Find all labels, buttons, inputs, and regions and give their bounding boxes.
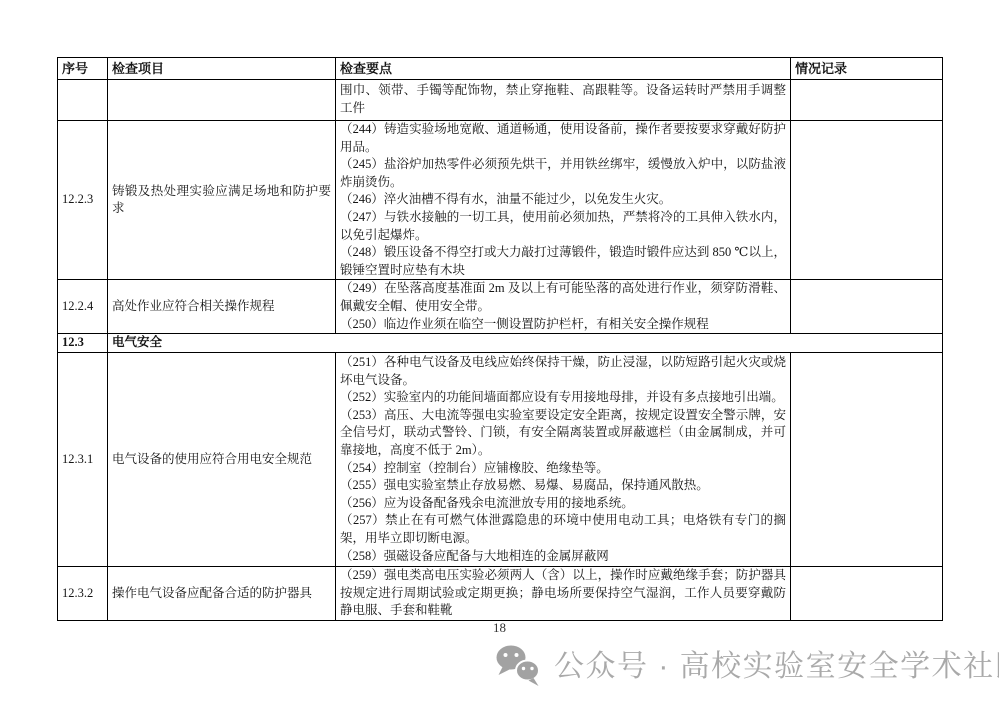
inspection-item-cell <box>108 80 336 121</box>
table-row: 12.2.3铸锻及热处理实验应满足场地和防护要求（244）铸造实验场地宽敞、通道… <box>58 121 943 280</box>
table-row: 围巾、领带、手镯等配饰物，禁止穿拖鞋、高跟鞋等。设备运转时严禁用手调整工件 <box>58 80 943 121</box>
inspection-item-cell: 高处作业应符合相关操作规程 <box>108 280 336 334</box>
inspection-item-cell: 操作电气设备应配备合适的防护器具 <box>108 567 336 621</box>
record-cell <box>791 80 943 121</box>
check-point: （248）锻压设备不得空打或大力敲打过薄锻件，锻造时锻件应达到 850 ℃以上，… <box>340 244 786 279</box>
check-point: （246）淬火油槽不得有水，油量不能过少，以免发生火灾。 <box>340 191 786 209</box>
check-point: （259）强电类高电压实验必须两人（含）以上，操作时应戴绝缘手套；防护器具按规定… <box>340 567 786 620</box>
row-number-cell: 12.2.4 <box>58 280 108 334</box>
check-point: （251）各种电气设备及电线应始终保持干燥，防止浸湿，以防短路引起火灾或烧坏电气… <box>340 354 786 389</box>
table-header: 序号 检查项目 检查要点 情况记录 <box>58 58 943 80</box>
record-cell <box>791 121 943 280</box>
section-title-cell: 电气安全 <box>108 334 943 353</box>
check-point: （252）实验室内的功能间墙面都应设有专用接地母排，并设有多点接地引出端。 <box>340 389 786 407</box>
inspection-table: 序号 检查项目 检查要点 情况记录 围巾、领带、手镯等配饰物，禁止穿拖鞋、高跟鞋… <box>57 57 943 621</box>
record-cell <box>791 353 943 567</box>
col-header-points: 检查要点 <box>336 58 791 80</box>
check-points-cell: 围巾、领带、手镯等配饰物，禁止穿拖鞋、高跟鞋等。设备运转时严禁用手调整工件 <box>336 80 791 121</box>
inspection-item-cell: 铸锻及热处理实验应满足场地和防护要求 <box>108 121 336 280</box>
record-cell <box>791 280 943 334</box>
check-points-cell: （251）各种电气设备及电线应始终保持干燥，防止浸湿，以防短路引起火灾或烧坏电气… <box>336 353 791 567</box>
section-row: 12.3电气安全 <box>58 334 943 353</box>
wechat-icon <box>494 644 544 690</box>
row-number-cell: 12.3.2 <box>58 567 108 621</box>
check-point: （244）铸造实验场地宽敞、通道畅通，使用设备前，操作者要按要求穿戴好防护用品。 <box>340 121 786 156</box>
check-point: （253）高压、大电流等强电实验室要设定安全距离，按规定设置安全警示牌，安全信号… <box>340 407 786 460</box>
watermark: 公众号 · 高校实验室安全学术社区 <box>494 644 999 690</box>
watermark-text: 公众号 · 高校实验室安全学术社区 <box>554 644 999 690</box>
table-row: 12.3.1电气设备的使用应符合用电安全规范（251）各种电气设备及电线应始终保… <box>58 353 943 567</box>
check-point: （249）在坠落高度基准面 2m 及以上有可能坠落的高处进行作业，须穿防滑鞋、佩… <box>340 280 786 315</box>
document-page: 序号 检查项目 检查要点 情况记录 围巾、领带、手镯等配饰物，禁止穿拖鞋、高跟鞋… <box>0 0 999 707</box>
check-point: （250）临边作业须在临空一侧设置防护栏杆，有相关安全操作规程 <box>340 316 786 334</box>
row-number-cell: 12.3.1 <box>58 353 108 567</box>
record-cell <box>791 567 943 621</box>
check-point: 围巾、领带、手镯等配饰物，禁止穿拖鞋、高跟鞋等。设备运转时严禁用手调整工件 <box>340 82 786 117</box>
check-point: （247）与铁水接触的一切工具，使用前必须加热，严禁将冷的工具伸入铁水内，以免引… <box>340 209 786 244</box>
check-point: （256）应为设备配备残余电流泄放专用的接地系统。 <box>340 495 786 513</box>
check-point: （257）禁止在有可燃气体泄露隐患的环境中使用电动工具；电烙铁有专门的搁架，用毕… <box>340 512 786 547</box>
table-body: 围巾、领带、手镯等配饰物，禁止穿拖鞋、高跟鞋等。设备运转时严禁用手调整工件12.… <box>58 80 943 621</box>
header-row: 序号 检查项目 检查要点 情况记录 <box>58 58 943 80</box>
table-row: 12.3.2操作电气设备应配备合适的防护器具（259）强电类高电压实验必须两人（… <box>58 567 943 621</box>
row-number-cell <box>58 80 108 121</box>
col-header-record: 情况记录 <box>791 58 943 80</box>
page-number: 18 <box>0 620 999 636</box>
check-points-cell: （259）强电类高电压实验必须两人（含）以上，操作时应戴绝缘手套；防护器具按规定… <box>336 567 791 621</box>
check-points-cell: （249）在坠落高度基准面 2m 及以上有可能坠落的高处进行作业，须穿防滑鞋、佩… <box>336 280 791 334</box>
row-number-cell: 12.3 <box>58 334 108 353</box>
table-row: 12.2.4高处作业应符合相关操作规程（249）在坠落高度基准面 2m 及以上有… <box>58 280 943 334</box>
col-header-item: 检查项目 <box>108 58 336 80</box>
inspection-item-cell: 电气设备的使用应符合用电安全规范 <box>108 353 336 567</box>
check-point: （258）强磁设备应配备与大地相连的金属屏蔽网 <box>340 548 786 566</box>
col-header-no: 序号 <box>58 58 108 80</box>
check-point: （255）强电实验室禁止存放易燃、易爆、易腐品，保持通风散热。 <box>340 477 786 495</box>
row-number-cell: 12.2.3 <box>58 121 108 280</box>
check-point: （245）盐浴炉加热零件必须预先烘干，并用铁丝绑牢，缓慢放入炉中，以防盐液炸崩烫… <box>340 156 786 191</box>
check-points-cell: （244）铸造实验场地宽敞、通道畅通，使用设备前，操作者要按要求穿戴好防护用品。… <box>336 121 791 280</box>
check-point: （254）控制室（控制台）应铺橡胶、绝缘垫等。 <box>340 460 786 478</box>
